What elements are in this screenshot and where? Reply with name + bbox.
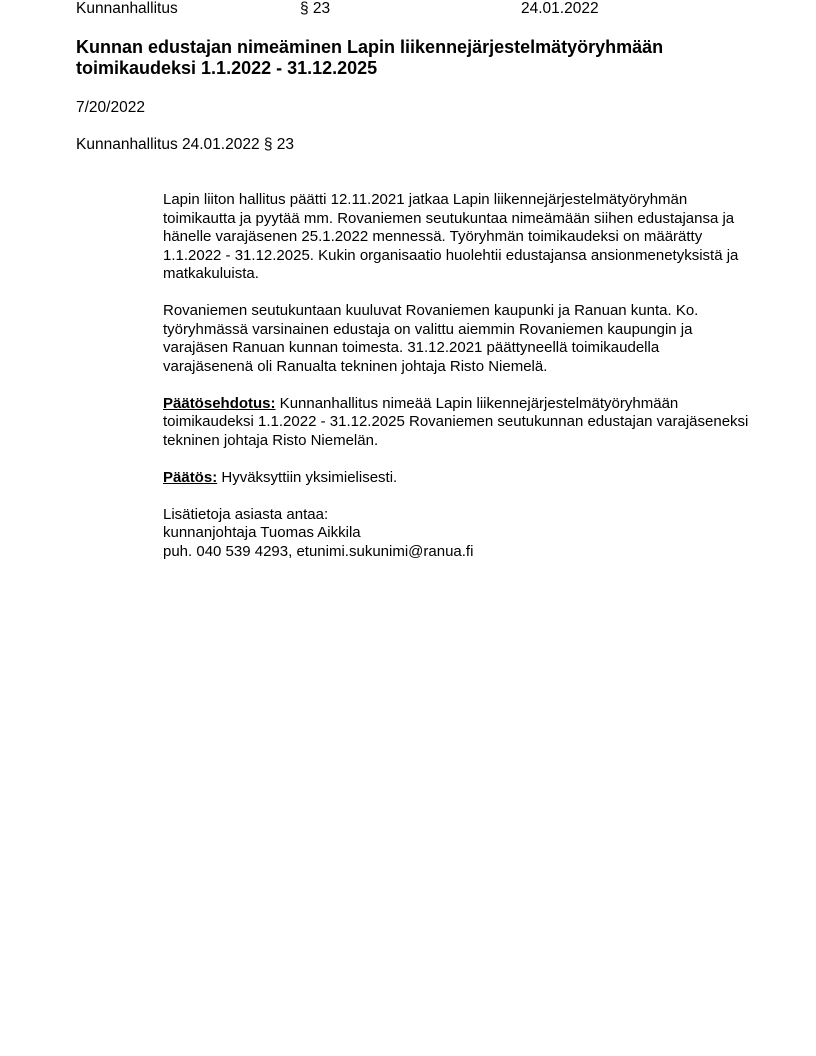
proposal-label: Päätösehdotus: [163,395,276,412]
contact-block: Lisätietoja asiasta antaa: kunnanjohtaja… [163,506,753,562]
contact-intro: Lisätietoja asiasta antaa: [163,506,753,525]
background-paragraph: Lapin liiton hallitus päätti 12.11.2021 … [163,191,753,284]
header-meeting-date: 24.01.2022 [521,0,599,19]
context-paragraph: Rovaniemen seutukuntaan kuuluvat Rovanie… [163,302,753,376]
meeting-reference: Kunnanhallitus 24.01.2022 § 23 [76,135,294,155]
header-section-number: § 23 [300,0,330,19]
proposal-paragraph: Päätösehdotus: Kunnanhallitus nimeää Lap… [163,395,753,451]
decision-paragraph: Päätös: Hyväksyttiin yksimielisesti. [163,469,753,488]
header-body-name: Kunnanhallitus [76,0,178,19]
document-title: Kunnan edustajan nimeäminen Lapin liiken… [76,37,756,79]
decision-label: Päätös: [163,469,217,486]
document-body: Lapin liiton hallitus päätti 12.11.2021 … [163,191,753,561]
document-date: 7/20/2022 [76,98,145,118]
document-header: Kunnanhallitus § 23 24.01.2022 [76,0,776,19]
decision-text: Hyväksyttiin yksimielisesti. [217,469,397,486]
contact-person: kunnanjohtaja Tuomas Aikkila [163,524,753,543]
contact-details: puh. 040 539 4293, etunimi.sukunimi@ranu… [163,543,753,562]
